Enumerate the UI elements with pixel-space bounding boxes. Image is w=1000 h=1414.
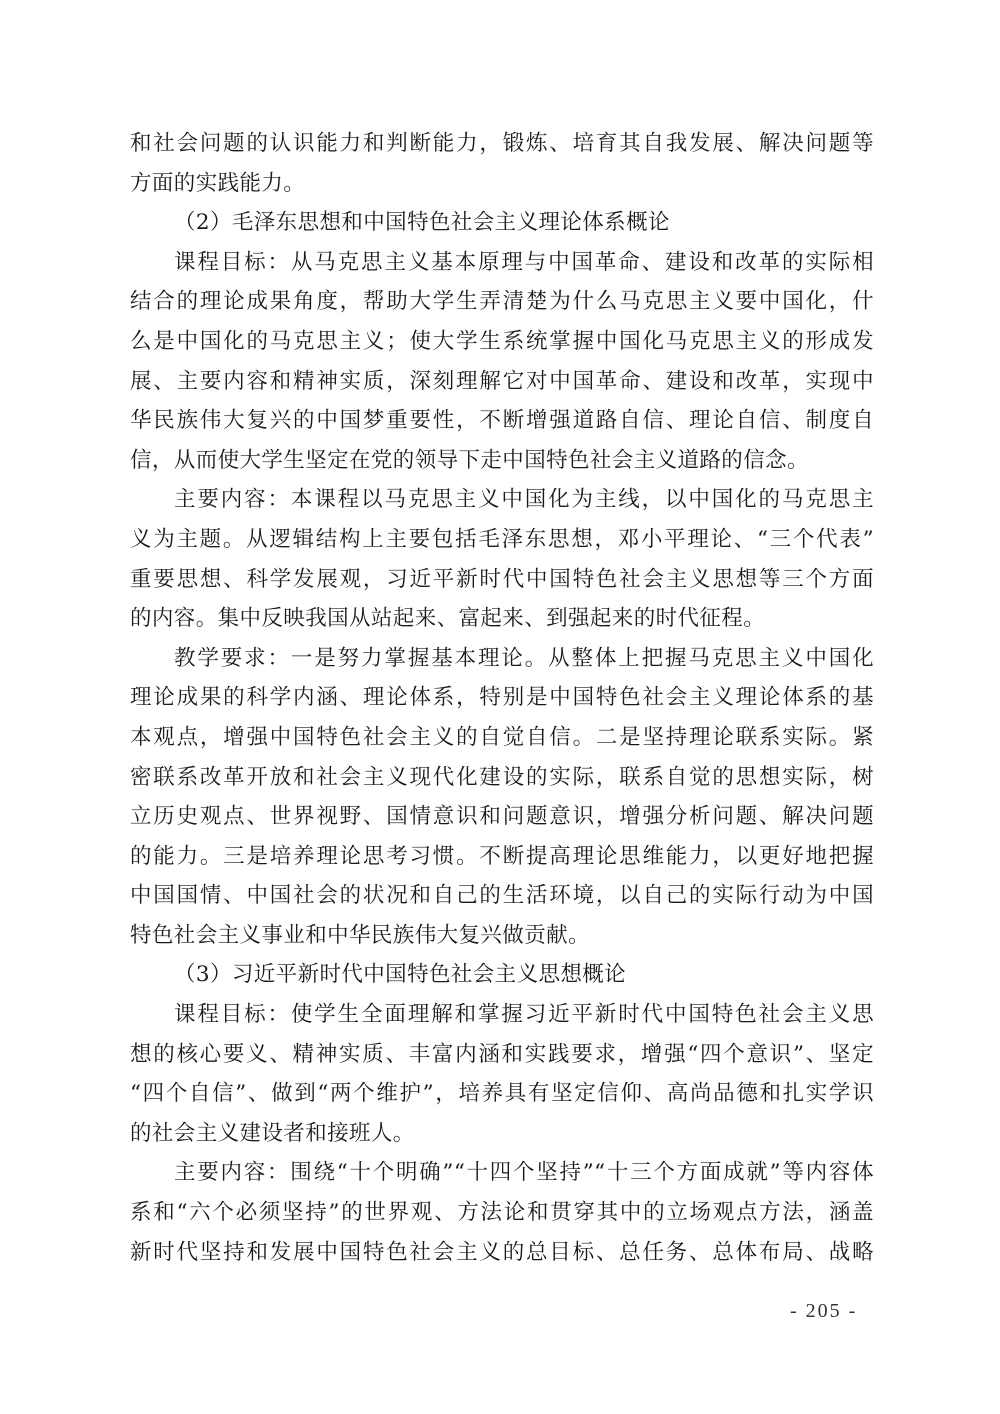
- text-line: （2）毛泽东思想和中国特色社会主义理论体系概论: [130, 203, 874, 243]
- text-line: 展、主要内容和精神实质，深刻理解它对中国革命、建设和改革，实现中: [130, 362, 874, 402]
- text-line: 立历史观点、世界视野、国情意识和问题意识，增强分析问题、解决问题: [130, 797, 874, 837]
- document-body: 和社会问题的认识能力和判断能力，锻炼、培育其自我发展、解决问题等方面的实践能力。…: [130, 124, 874, 1272]
- text-line: 主要内容：本课程以马克思主义中国化为主线，以中国化的马克思主: [130, 480, 874, 520]
- text-line: 特色社会主义事业和中华民族伟大复兴做贡献。: [130, 916, 874, 956]
- text-line: 的内容。集中反映我国从站起来、富起来、到强起来的时代征程。: [130, 599, 874, 639]
- page-number: - 205 -: [790, 1300, 857, 1323]
- text-line: 教学要求：一是努力掌握基本理论。从整体上把握马克思主义中国化: [130, 639, 874, 679]
- text-line: 新时代坚持和发展中国特色社会主义的总目标、总任务、总体布局、战略: [130, 1233, 874, 1273]
- text-line: 课程目标：从马克思主义基本原理与中国革命、建设和改革的实际相: [130, 243, 874, 283]
- text-line: 的能力。三是培养理论思考习惯。不断提高理论思维能力，以更好地把握: [130, 837, 874, 877]
- text-line: 信，从而使大学生坚定在党的领导下走中国特色社会主义道路的信念。: [130, 441, 874, 481]
- text-line: 密联系改革开放和社会主义现代化建设的实际，联系自觉的思想实际，树: [130, 758, 874, 798]
- text-line: 理论成果的科学内涵、理论体系，特别是中国特色社会主义理论体系的基: [130, 678, 874, 718]
- text-line: 想的核心要义、精神实质、丰富内涵和实践要求，增强“四个意识”、坚定: [130, 1035, 874, 1075]
- text-line: 么是中国化的马克思主义；使大学生系统掌握中国化马克思主义的形成发: [130, 322, 874, 362]
- text-line: 的社会主义建设者和接班人。: [130, 1114, 874, 1154]
- text-line: 义为主题。从逻辑结构上主要包括毛泽东思想，邓小平理论、“三个代表”: [130, 520, 874, 560]
- text-line: 课程目标：使学生全面理解和掌握习近平新时代中国特色社会主义思: [130, 995, 874, 1035]
- text-line: “四个自信”、做到“两个维护”，培养具有坚定信仰、高尚品德和扎实学识: [130, 1074, 874, 1114]
- text-line: （3）习近平新时代中国特色社会主义思想概论: [130, 955, 874, 995]
- text-line: 主要内容：围绕“十个明确”“十四个坚持”“十三个方面成就”等内容体: [130, 1153, 874, 1193]
- text-line: 重要思想、科学发展观，习近平新时代中国特色社会主义思想等三个方面: [130, 560, 874, 600]
- text-line: 系和“六个必须坚持”的世界观、方法论和贯穿其中的立场观点方法，涵盖: [130, 1193, 874, 1233]
- text-line: 和社会问题的认识能力和判断能力，锻炼、培育其自我发展、解决问题等: [130, 124, 874, 164]
- text-line: 中国国情、中国社会的状况和自己的生活环境，以自己的实际行动为中国: [130, 876, 874, 916]
- text-line: 方面的实践能力。: [130, 164, 874, 204]
- text-line: 结合的理论成果角度，帮助大学生弄清楚为什么马克思主义要中国化，什: [130, 282, 874, 322]
- text-line: 本观点，增强中国特色社会主义的自觉自信。二是坚持理论联系实际。紧: [130, 718, 874, 758]
- text-line: 华民族伟大复兴的中国梦重要性，不断增强道路自信、理论自信、制度自: [130, 401, 874, 441]
